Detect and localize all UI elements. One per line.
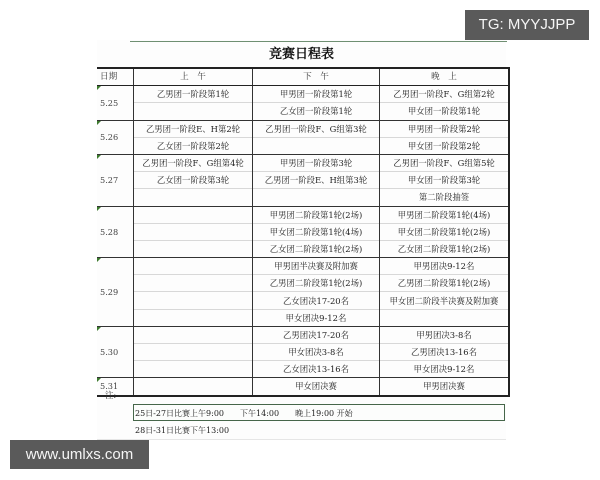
date-cell[interactable]: 5.27 [97,154,134,206]
morning-cell[interactable] [134,103,253,120]
document-title: 竞赛日程表 [97,44,506,66]
date-cell[interactable]: 5.29 [97,258,134,327]
evening-cell[interactable]: 甲男团决9-12名 [380,258,510,275]
morning-cell[interactable] [134,206,253,223]
morning-cell[interactable]: 乙男团一阶段F、G组第4轮 [134,154,253,171]
evening-cell[interactable] [380,309,510,326]
date-label: 5.25 [100,98,118,108]
watermark-tg: TG: MYYJJPP [465,10,589,40]
notes-label: 注: [105,389,116,401]
comment-flag-icon [97,327,101,331]
evening-cell[interactable]: 甲女团一阶段第2轮 [380,137,510,154]
evening-cell[interactable]: 乙男团一阶段F、G组第5轮 [380,154,510,171]
comment-flag-icon [97,258,101,262]
afternoon-cell[interactable]: 乙女团二阶段第1轮(2场) [253,240,380,257]
date-label: 5.28 [100,227,118,237]
evening-cell[interactable]: 甲男团决3-8名 [380,326,510,343]
afternoon-cell[interactable]: 甲男团二阶段第1轮(2场) [253,206,380,223]
comment-flag-icon [97,378,101,382]
note-line-2: 28日-31日比赛下午13:00 [133,423,507,439]
afternoon-cell[interactable] [253,137,380,154]
table-row: 甲女团决3-8名乙男团决13-16名 [97,344,509,361]
afternoon-cell[interactable]: 甲男团一阶段第3轮 [253,154,380,171]
afternoon-cell[interactable]: 乙女团一阶段第1轮 [253,103,380,120]
table-row: 乙女团一阶段第2轮甲女团一阶段第2轮 [97,137,509,154]
divider [130,41,507,42]
afternoon-cell[interactable]: 甲女团二阶段第1轮(4场) [253,223,380,240]
afternoon-cell[interactable] [253,189,380,206]
table-row: 5.30乙男团决17-20名甲男团决3-8名 [97,326,509,343]
evening-cell[interactable]: 甲女团一阶段第3轮 [380,172,510,189]
comment-flag-icon [97,86,101,90]
table-row: 乙女团决17-20名甲女团二阶段半决赛及附加赛 [97,292,509,309]
table-row: 甲女团二阶段第1轮(4场)甲女团二阶段第1轮(2场) [97,223,509,240]
table-row: 乙女团决13-16名甲女团决9-12名 [97,361,509,378]
evening-cell[interactable]: 第二阶段抽签 [380,189,510,206]
comment-flag-icon [97,207,101,211]
morning-cell[interactable]: 乙男团一阶段第1轮 [134,86,253,103]
morning-cell[interactable] [134,309,253,326]
morning-cell[interactable] [134,258,253,275]
table-row: 5.31甲女团决赛甲男团决赛 [97,378,509,396]
morning-cell[interactable]: 乙男团一阶段E、H第2轮 [134,120,253,137]
morning-cell[interactable] [134,326,253,343]
morning-cell[interactable] [134,275,253,292]
evening-cell[interactable]: 甲女团二阶段第1轮(2场) [380,223,510,240]
morning-cell[interactable]: 乙女团一阶段第3轮 [134,172,253,189]
table-row: 乙女团一阶段第3轮乙男团一阶段E、H组第3轮甲女团一阶段第3轮 [97,172,509,189]
afternoon-cell[interactable]: 甲男团一阶段第1轮 [253,86,380,103]
date-label: 5.26 [100,132,118,142]
evening-cell[interactable]: 乙男团一阶段F、G组第2轮 [380,86,510,103]
evening-cell[interactable]: 乙男团决13-16名 [380,344,510,361]
evening-cell[interactable]: 甲男团决赛 [380,378,510,396]
afternoon-cell[interactable]: 甲女团决3-8名 [253,344,380,361]
note-line-1[interactable]: 25日-27日比赛上午9:00 下午14:00 晚上19:00 开始 [133,404,505,421]
table-row: 5.25乙男团一阶段第1轮甲男团一阶段第1轮乙男团一阶段F、G组第2轮 [97,86,509,103]
morning-cell[interactable]: 乙女团一阶段第2轮 [134,137,253,154]
afternoon-cell[interactable]: 甲女团决9-12名 [253,309,380,326]
comment-flag-icon [97,121,101,125]
morning-cell[interactable] [134,378,253,396]
table-row: 第二阶段抽签 [97,189,509,206]
afternoon-cell[interactable]: 乙女团决17-20名 [253,292,380,309]
evening-cell[interactable]: 甲男团二阶段第1轮(4场) [380,206,510,223]
afternoon-cell[interactable]: 甲女团决赛 [253,378,380,396]
header-afternoon: 下 午 [253,68,380,86]
schedule-table: 日期 上 午 下 午 晚 上 5.25乙男团一阶段第1轮甲男团一阶段第1轮乙男团… [97,67,510,397]
schedule-body: 5.25乙男团一阶段第1轮甲男团一阶段第1轮乙男团一阶段F、G组第2轮乙女团一阶… [97,86,509,396]
header-evening: 晚 上 [380,68,510,86]
afternoon-cell[interactable]: 乙男团决17-20名 [253,326,380,343]
table-row: 甲女团决9-12名 [97,309,509,326]
table-row: 乙女团二阶段第1轮(2场)乙女团二阶段第1轮(2场) [97,240,509,257]
table-row: 乙男团二阶段第1轮(2场)乙男团二阶段第1轮(2场) [97,275,509,292]
morning-cell[interactable] [134,344,253,361]
date-cell[interactable]: 5.26 [97,120,134,154]
table-row: 乙女团一阶段第1轮甲女团一阶段第1轮 [97,103,509,120]
morning-cell[interactable] [134,240,253,257]
afternoon-cell[interactable]: 乙男团一阶段F、G组第3轮 [253,120,380,137]
morning-cell[interactable] [134,223,253,240]
evening-cell[interactable]: 乙女团二阶段第1轮(2场) [380,240,510,257]
evening-cell[interactable]: 甲男团一阶段第2轮 [380,120,510,137]
afternoon-cell[interactable]: 甲男团半决赛及附加赛 [253,258,380,275]
date-cell[interactable]: 5.25 [97,86,134,120]
evening-cell[interactable]: 甲女团一阶段第1轮 [380,103,510,120]
watermark-url: www.umlxs.com [10,440,149,469]
date-label: 5.30 [100,347,118,357]
date-cell[interactable]: 5.28 [97,206,134,258]
evening-cell[interactable]: 甲女团二阶段半决赛及附加赛 [380,292,510,309]
afternoon-cell[interactable]: 乙男团二阶段第1轮(2场) [253,275,380,292]
table-row: 5.27乙男团一阶段F、G组第4轮甲男团一阶段第3轮乙男团一阶段F、G组第5轮 [97,154,509,171]
header-morning: 上 午 [134,68,253,86]
table-row: 5.28甲男团二阶段第1轮(2场)甲男团二阶段第1轮(4场) [97,206,509,223]
morning-cell[interactable] [134,292,253,309]
divider [97,439,506,440]
afternoon-cell[interactable]: 乙男团一阶段E、H组第3轮 [253,172,380,189]
date-label: 5.29 [100,287,118,297]
header-row: 日期 上 午 下 午 晚 上 [97,68,509,86]
evening-cell[interactable]: 乙男团二阶段第1轮(2场) [380,275,510,292]
date-label: 5.27 [100,175,118,185]
morning-cell[interactable] [134,361,253,378]
morning-cell[interactable] [134,189,253,206]
table-row: 5.29甲男团半决赛及附加赛甲男团决9-12名 [97,258,509,275]
comment-flag-icon [97,155,101,159]
table-row: 5.26乙男团一阶段E、H第2轮乙男团一阶段F、G组第3轮甲男团一阶段第2轮 [97,120,509,137]
afternoon-cell[interactable]: 乙女团决13-16名 [253,361,380,378]
date-cell[interactable]: 5.30 [97,326,134,378]
evening-cell[interactable]: 甲女团决9-12名 [380,361,510,378]
header-date: 日期 [97,68,134,86]
